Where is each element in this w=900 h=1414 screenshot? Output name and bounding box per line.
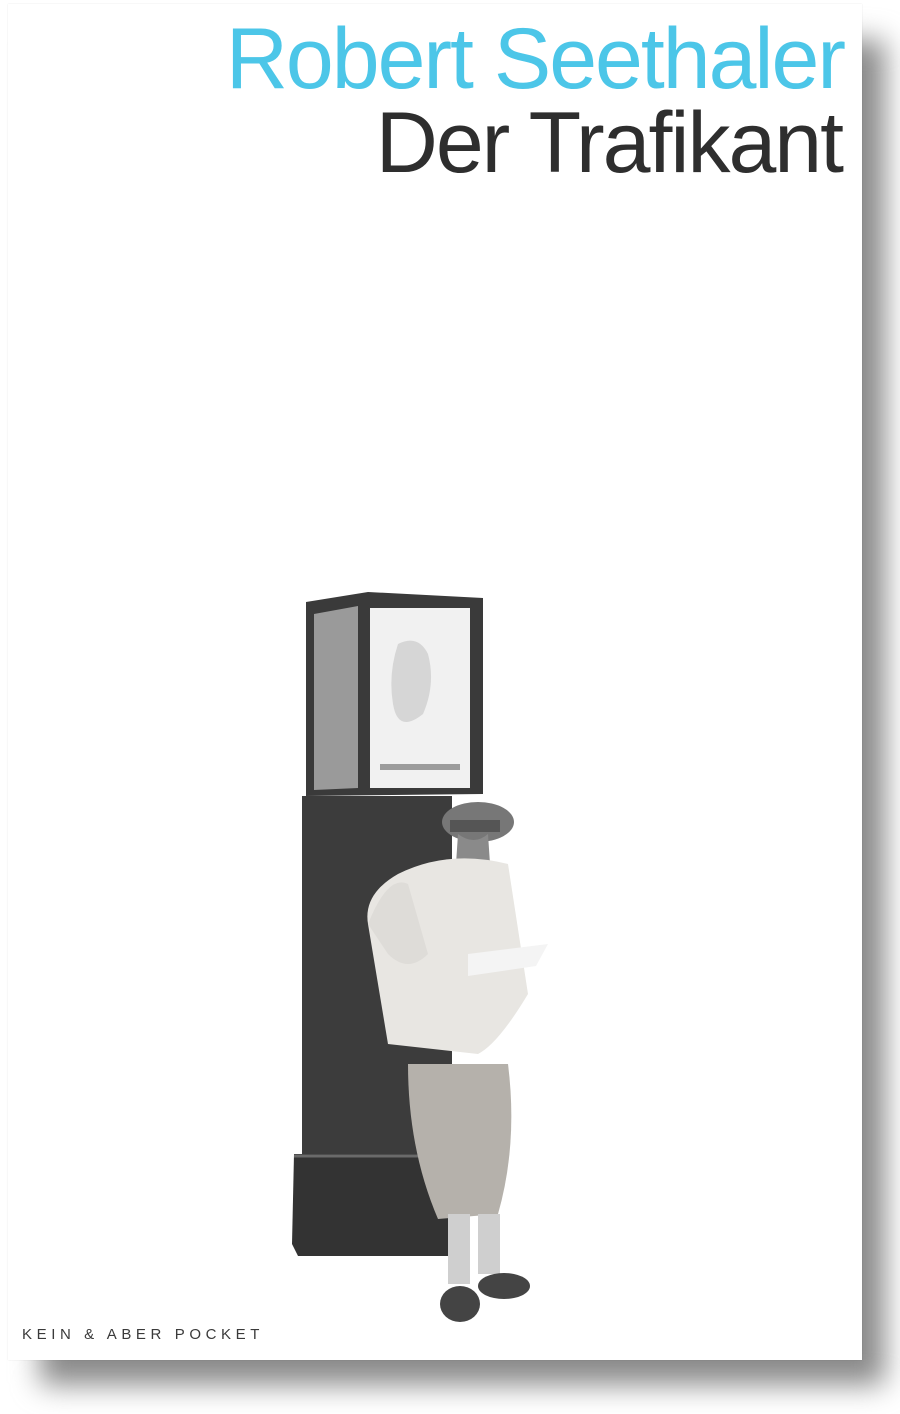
book-title: Der Trafikant xyxy=(376,100,842,186)
cover-photo-illustration xyxy=(278,584,578,1344)
kiosk-lantern xyxy=(306,592,483,796)
book-cover: Robert Seethaler Der Trafikant xyxy=(8,4,862,1360)
publisher-imprint: KEIN & ABER POCKET xyxy=(22,1326,264,1343)
author-name: Robert Seethaler xyxy=(226,16,844,102)
